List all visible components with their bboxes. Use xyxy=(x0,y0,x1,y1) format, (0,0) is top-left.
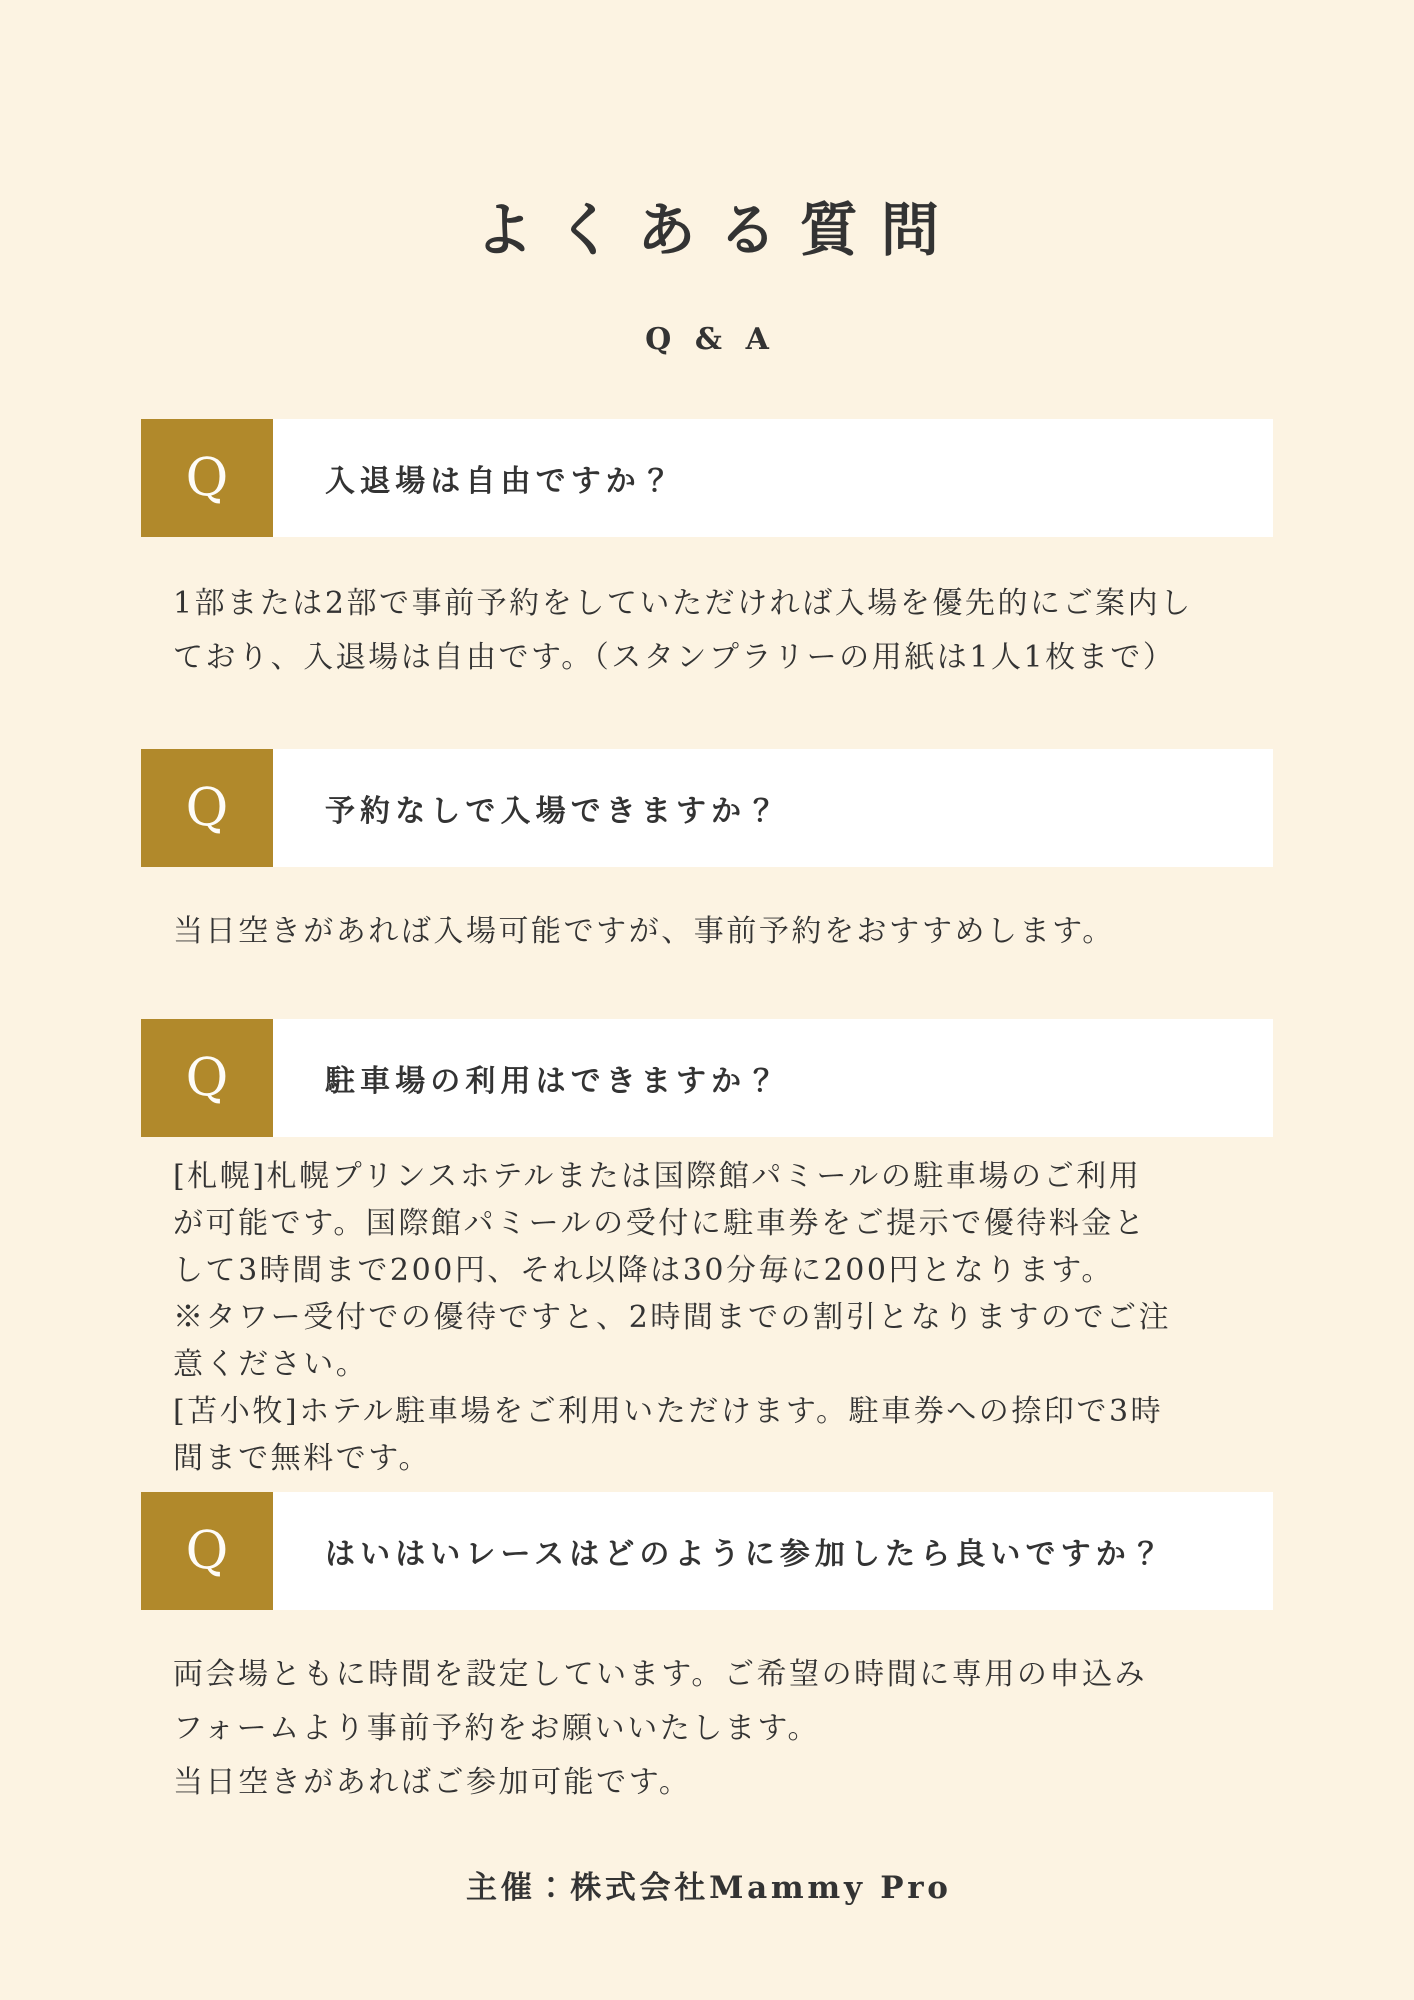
q-badge: Q xyxy=(141,1019,273,1137)
q-badge: Q xyxy=(141,419,273,537)
q-letter: Q xyxy=(186,452,229,504)
q-letter: Q xyxy=(186,782,229,834)
question-bar: 予約なしで入場できますか？ xyxy=(273,749,1273,867)
q-badge: Q xyxy=(141,1492,273,1610)
question-row: Q 入退場は自由ですか？ xyxy=(141,419,1273,537)
question-row: Q 予約なしで入場できますか？ xyxy=(141,749,1273,867)
question-row: Q 駐車場の利用はできますか？ xyxy=(141,1019,1273,1137)
page-subtitle: Q & A xyxy=(0,322,1414,357)
faq-item-4: Q はいはいレースはどのように参加したら良いですか？ 両会場ともに時間を設定して… xyxy=(141,1492,1273,1810)
q-badge: Q xyxy=(141,749,273,867)
q-letter: Q xyxy=(186,1052,229,1104)
faq-item-1: Q 入退場は自由ですか？ 1部または2部で事前予約をしていただければ入場を優先的… xyxy=(141,419,1273,685)
question-bar: 入退場は自由ですか？ xyxy=(273,419,1273,537)
q-letter: Q xyxy=(186,1525,229,1577)
faq-item-3: Q 駐車場の利用はできますか？ [札幌]札幌プリンスホテルまたは国際館パミールの… xyxy=(141,1019,1273,1482)
answer-text: 当日空きがあれば入場可能ですが、事前予約をおすすめします。 xyxy=(173,905,1291,959)
answer-text: 両会場ともに時間を設定しています。ご希望の時間に専用の申込み フォームより事前予… xyxy=(173,1648,1291,1810)
question-row: Q はいはいレースはどのように参加したら良いですか？ xyxy=(141,1492,1273,1610)
question-text: 予約なしで入場できますか？ xyxy=(325,786,781,830)
organizer-text: 主催：株式会社Mammy Pro xyxy=(0,1862,1414,1907)
answer-text: 1部または2部で事前予約をしていただければ入場を優先的にご案内し ており、入退場… xyxy=(173,577,1291,685)
faq-list: Q 入退場は自由ですか？ 1部または2部で事前予約をしていただければ入場を優先的… xyxy=(141,419,1273,1810)
question-bar: 駐車場の利用はできますか？ xyxy=(273,1019,1273,1137)
question-bar: はいはいレースはどのように参加したら良いですか？ xyxy=(273,1492,1273,1610)
answer-text: [札幌]札幌プリンスホテルまたは国際館パミールの駐車場のご利用 が可能です。国際… xyxy=(173,1153,1291,1482)
faq-item-2: Q 予約なしで入場できますか？ 当日空きがあれば入場可能ですが、事前予約をおすす… xyxy=(141,749,1273,959)
page-title: よくある質問 xyxy=(0,197,1414,264)
question-text: はいはいレースはどのように参加したら良いですか？ xyxy=(325,1529,1166,1573)
question-text: 駐車場の利用はできますか？ xyxy=(325,1056,781,1100)
faq-page: よくある質問 Q & A Q 入退場は自由ですか？ 1部または2部で事前予約をし… xyxy=(0,0,1414,2000)
question-text: 入退場は自由ですか？ xyxy=(325,456,676,500)
